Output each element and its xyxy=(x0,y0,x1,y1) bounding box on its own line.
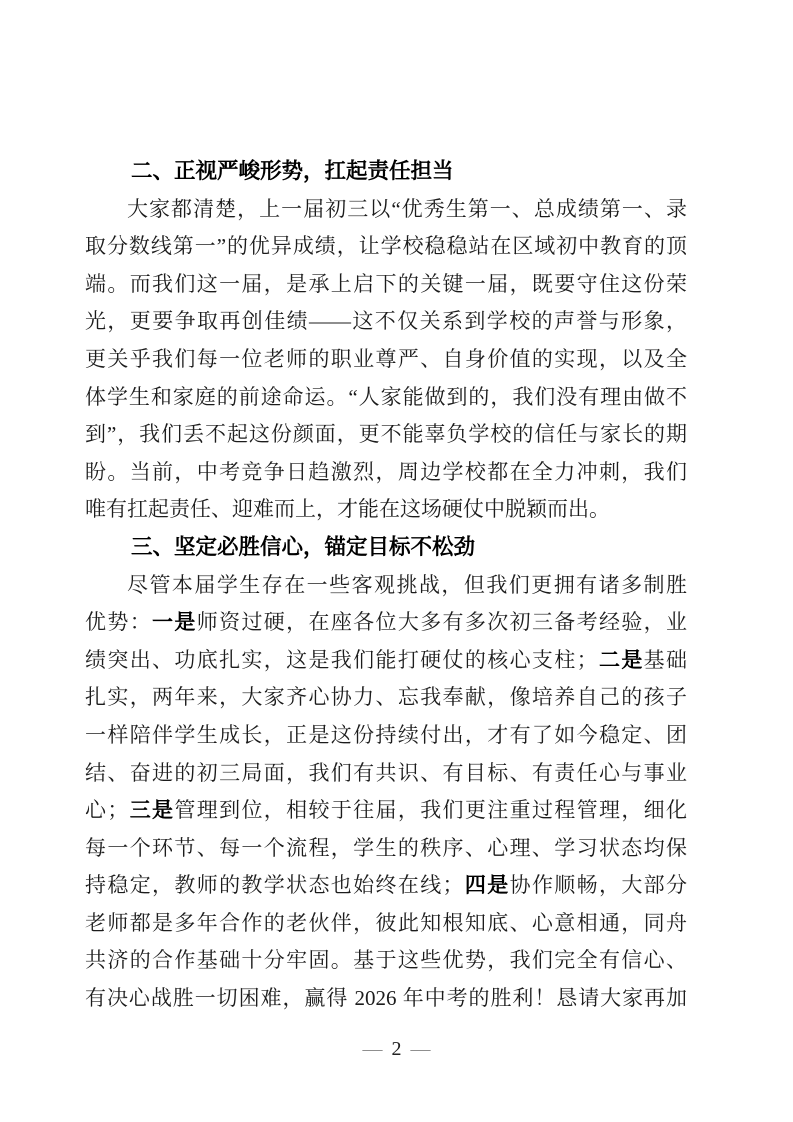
text-line: 光，更要争取再创佳绩——这不仅关系到学校的声誉与形象， xyxy=(85,303,687,341)
text-line: 更关乎我们每一位老师的职业尊严、自身价值的实现，以及全 xyxy=(85,341,687,379)
footer-dash-left: — xyxy=(363,1038,383,1060)
text-segment: 师资过硬，在座各位大多有多次初三备考经验，业 xyxy=(197,610,687,634)
text-line: 到”，我们丢不起这份颜面，更不能辜负学校的信任与家长的期 xyxy=(85,416,687,454)
footer-page-number: 2 xyxy=(392,1038,402,1060)
text-segment: 尽管本届学生存在一些客观挑战，但我们更拥有诸多制胜 xyxy=(127,573,687,597)
text-segment: 盼。当前，中考竞争日趋激烈，周边学校都在全力冲刺，我们 xyxy=(85,460,687,484)
document-body: 二、正视严峻形势，扛起责任担当大家都清楚，上一届初三以“优秀生第一、总成绩第一、… xyxy=(85,153,687,1018)
text-line: 有决心战胜一切困难，赢得 2026 年中考的胜利！恳请大家再加 xyxy=(85,980,687,1018)
text-segment: 结、奋进的初三局面，我们有共识、有目标、有责任心与事业 xyxy=(85,761,687,785)
text-line: 体学生和家庭的前途命运。“人家能做到的，我们没有理由做不 xyxy=(85,379,687,417)
section-heading: 三、坚定必胜信心，锚定目标不松劲 xyxy=(85,529,687,567)
emphasis-text: 二是 xyxy=(598,649,644,672)
text-segment: 绩突出、功底扎实，这是我们能打硬仗的核心支柱； xyxy=(85,648,598,672)
text-line: 心；三是管理到位，相较于往届，我们更注重过程管理，细化 xyxy=(85,792,687,830)
text-line: 老师都是多年合作的老伙伴，彼此知根知底、心意相通，同舟 xyxy=(85,905,687,943)
text-segment: 取分数线第一”的优异成绩，让学校稳稳站在区域初中教育的顶 xyxy=(85,234,687,258)
text-line: 唯有扛起责任、迎难而上，才能在这场硬仗中脱颖而出。 xyxy=(85,491,687,529)
emphasis-text: 四是 xyxy=(464,874,510,897)
text-segment: 到”，我们丢不起这份颜面，更不能辜负学校的信任与家长的期 xyxy=(85,422,687,446)
text-segment: 体学生和家庭的前途命运。“人家能做到的，我们没有理由做不 xyxy=(85,385,687,409)
text-line: 结、奋进的初三局面，我们有共识、有目标、有责任心与事业 xyxy=(85,755,687,793)
text-segment: 端。而我们这一届，是承上启下的关键一届，既要守住这份荣 xyxy=(85,272,687,296)
text-segment: 老师都是多年合作的老伙伴，彼此知根知底、心意相通，同舟 xyxy=(85,911,687,935)
text-line: 每一个环节、每一个流程，学生的秩序、心理、学习状态均保 xyxy=(85,830,687,868)
text-line: 共济的合作基础十分牢固。基于这些优势，我们完全有信心、 xyxy=(85,942,687,980)
text-segment: 更关乎我们每一位老师的职业尊严、自身价值的实现，以及全 xyxy=(85,347,687,371)
page-footer: —2— xyxy=(0,1036,793,1062)
text-line: 端。而我们这一届，是承上启下的关键一届，既要守住这份荣 xyxy=(85,266,687,304)
footer-dash-right: — xyxy=(411,1038,431,1060)
text-segment: 共济的合作基础十分牢固。基于这些优势，我们完全有信心、 xyxy=(85,948,687,972)
text-line: 绩突出、功底扎实，这是我们能打硬仗的核心支柱；二是基础 xyxy=(85,642,687,680)
text-line: 大家都清楚，上一届初三以“优秀生第一、总成绩第一、录 xyxy=(85,191,687,229)
emphasis-text: 三是 xyxy=(128,799,174,822)
text-segment: 光，更要争取再创佳绩——这不仅关系到学校的声誉与形象， xyxy=(85,309,687,333)
text-line: 扎实，两年来，大家齐心协力、忘我奉献，像培养自己的孩子 xyxy=(85,679,687,717)
text-line: 尽管本届学生存在一些客观挑战，但我们更拥有诸多制胜 xyxy=(85,567,687,605)
text-segment: 持稳定，教师的教学状态也始终在线； xyxy=(85,873,464,897)
text-line: 取分数线第一”的优异成绩，让学校稳稳站在区域初中教育的顶 xyxy=(85,228,687,266)
text-segment: 管理到位，相较于往届，我们更注重过程管理，细化 xyxy=(174,798,687,822)
document-page: 二、正视严峻形势，扛起责任担当大家都清楚，上一届初三以“优秀生第一、总成绩第一、… xyxy=(0,0,793,1122)
emphasis-text: 一是 xyxy=(152,611,197,634)
text-segment: 扎实，两年来，大家齐心协力、忘我奉献，像培养自己的孩子 xyxy=(85,685,687,709)
text-segment: 有决心战胜一切困难，赢得 2026 年中考的胜利！恳请大家再加 xyxy=(85,986,687,1010)
text-segment: 一样陪伴学生成长，正是这份持续付出，才有了如今稳定、团 xyxy=(85,723,687,747)
text-line: 盼。当前，中考竞争日趋激烈，周边学校都在全力冲刺，我们 xyxy=(85,454,687,492)
text-segment: 每一个环节、每一个流程，学生的秩序、心理、学习状态均保 xyxy=(85,836,687,860)
text-line: 一样陪伴学生成长，正是这份持续付出，才有了如今稳定、团 xyxy=(85,717,687,755)
text-segment: 基础 xyxy=(644,648,687,672)
text-segment: 优势： xyxy=(85,610,152,634)
text-segment: 唯有扛起责任、迎难而上，才能在这场硬仗中脱颖而出。 xyxy=(85,497,610,521)
text-segment: 大家都清楚，上一届初三以“优秀生第一、总成绩第一、录 xyxy=(127,197,687,221)
text-line: 持稳定，教师的教学状态也始终在线；四是协作顺畅，大部分 xyxy=(85,867,687,905)
text-segment: 心； xyxy=(85,798,128,822)
section-heading: 二、正视严峻形势，扛起责任担当 xyxy=(85,153,687,191)
text-segment: 协作顺畅，大部分 xyxy=(510,873,687,897)
text-line: 优势：一是师资过硬，在座各位大多有多次初三备考经验，业 xyxy=(85,604,687,642)
